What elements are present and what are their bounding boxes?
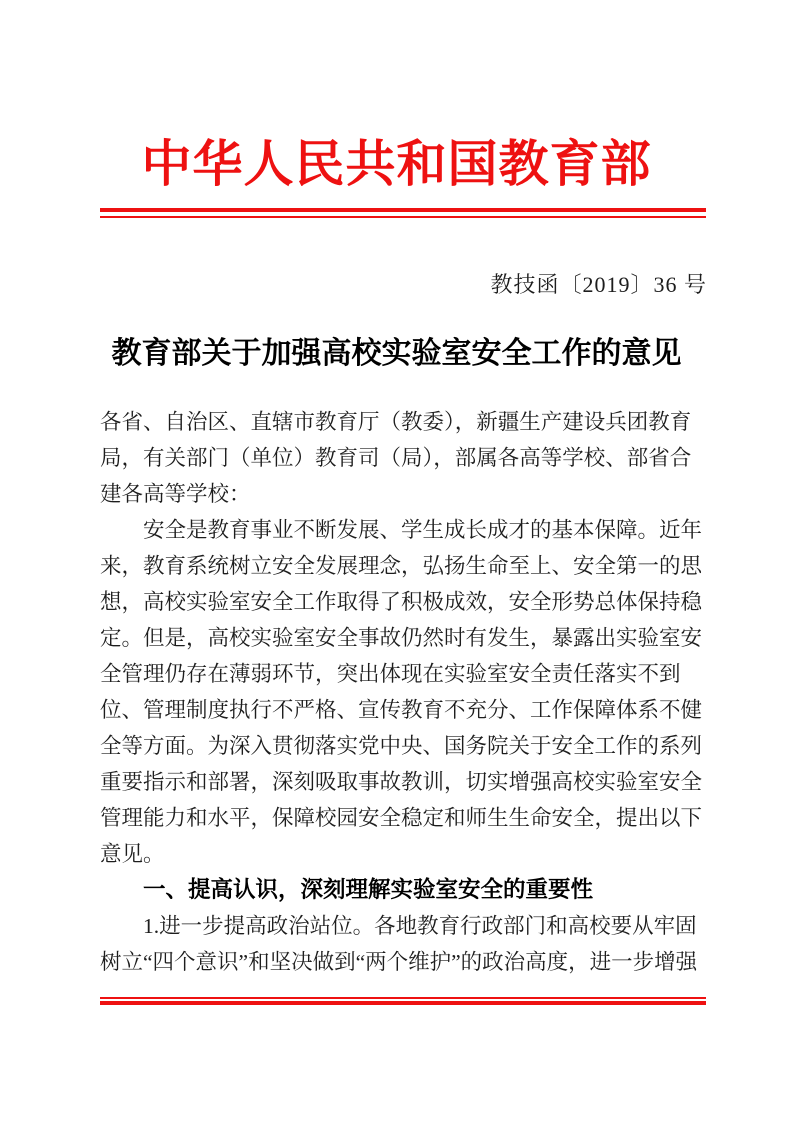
body-line: 想，高校实验室安全工作取得了积极成效，安全形势总体保持稳 [100,584,712,620]
body-line: 意见。 [100,836,712,872]
body-line: 来，教育系统树立安全发展理念，弘扬生命至上、安全第一的思 [100,548,712,584]
body-line: 局，有关部门（单位）教育司（局），部属各高等学校、部省合 [100,440,712,476]
body-line: 定。但是，高校实验室安全事故仍然时有发生，暴露出实验室安 [100,620,712,656]
rule-thin-line [100,216,706,218]
body-line: 1.进一步提高政治站位。各地教育行政部门和高校要从牢固 [100,908,712,944]
rule-thick-line [100,1001,706,1005]
document-body: 各省、自治区、直辖市教育厅（教委），新疆生产建设兵团教育局，有关部门（单位）教育… [100,404,712,980]
footer-double-rule [100,997,706,1005]
letterhead-org-name: 中华人民共和国教育部 [0,124,793,196]
doc-number: 教技函〔2019〕36 号 [490,268,707,299]
body-line: 重要指示和部署，深刻吸取事故教训，切实增强高校实验室安全 [100,764,712,800]
body-line: 管理能力和水平，保障校园安全稳定和师生生命安全，提出以下 [100,800,712,836]
body-line: 各省、自治区、直辖市教育厅（教委），新疆生产建设兵团教育 [100,404,712,440]
body-line: 位、管理制度执行不严格、宣传教育不充分、工作保障体系不健 [100,692,712,728]
document-page: 中华人民共和国教育部 教技函〔2019〕36 号 教育部关于加强高校实验室安全工… [0,0,793,1122]
body-line: 建各高等学校： [100,476,712,512]
body-line: 全管理仍存在薄弱环节，突出体现在实验室安全责任落实不到 [100,656,712,692]
body-line: 树立“四个意识”和坚决做到“两个维护”的政治高度，进一步增强 [100,944,712,980]
document-title: 教育部关于加强高校实验室安全工作的意见 [0,328,793,372]
letterhead-double-rule [100,208,706,218]
body-line: 全等方面。为深入贯彻落实党中央、国务院关于安全工作的系列 [100,728,712,764]
body-line: 安全是教育事业不断发展、学生成长成才的基本保障。近年 [100,512,712,548]
section-heading: 一、提高认识，深刻理解实验室安全的重要性 [100,872,712,908]
